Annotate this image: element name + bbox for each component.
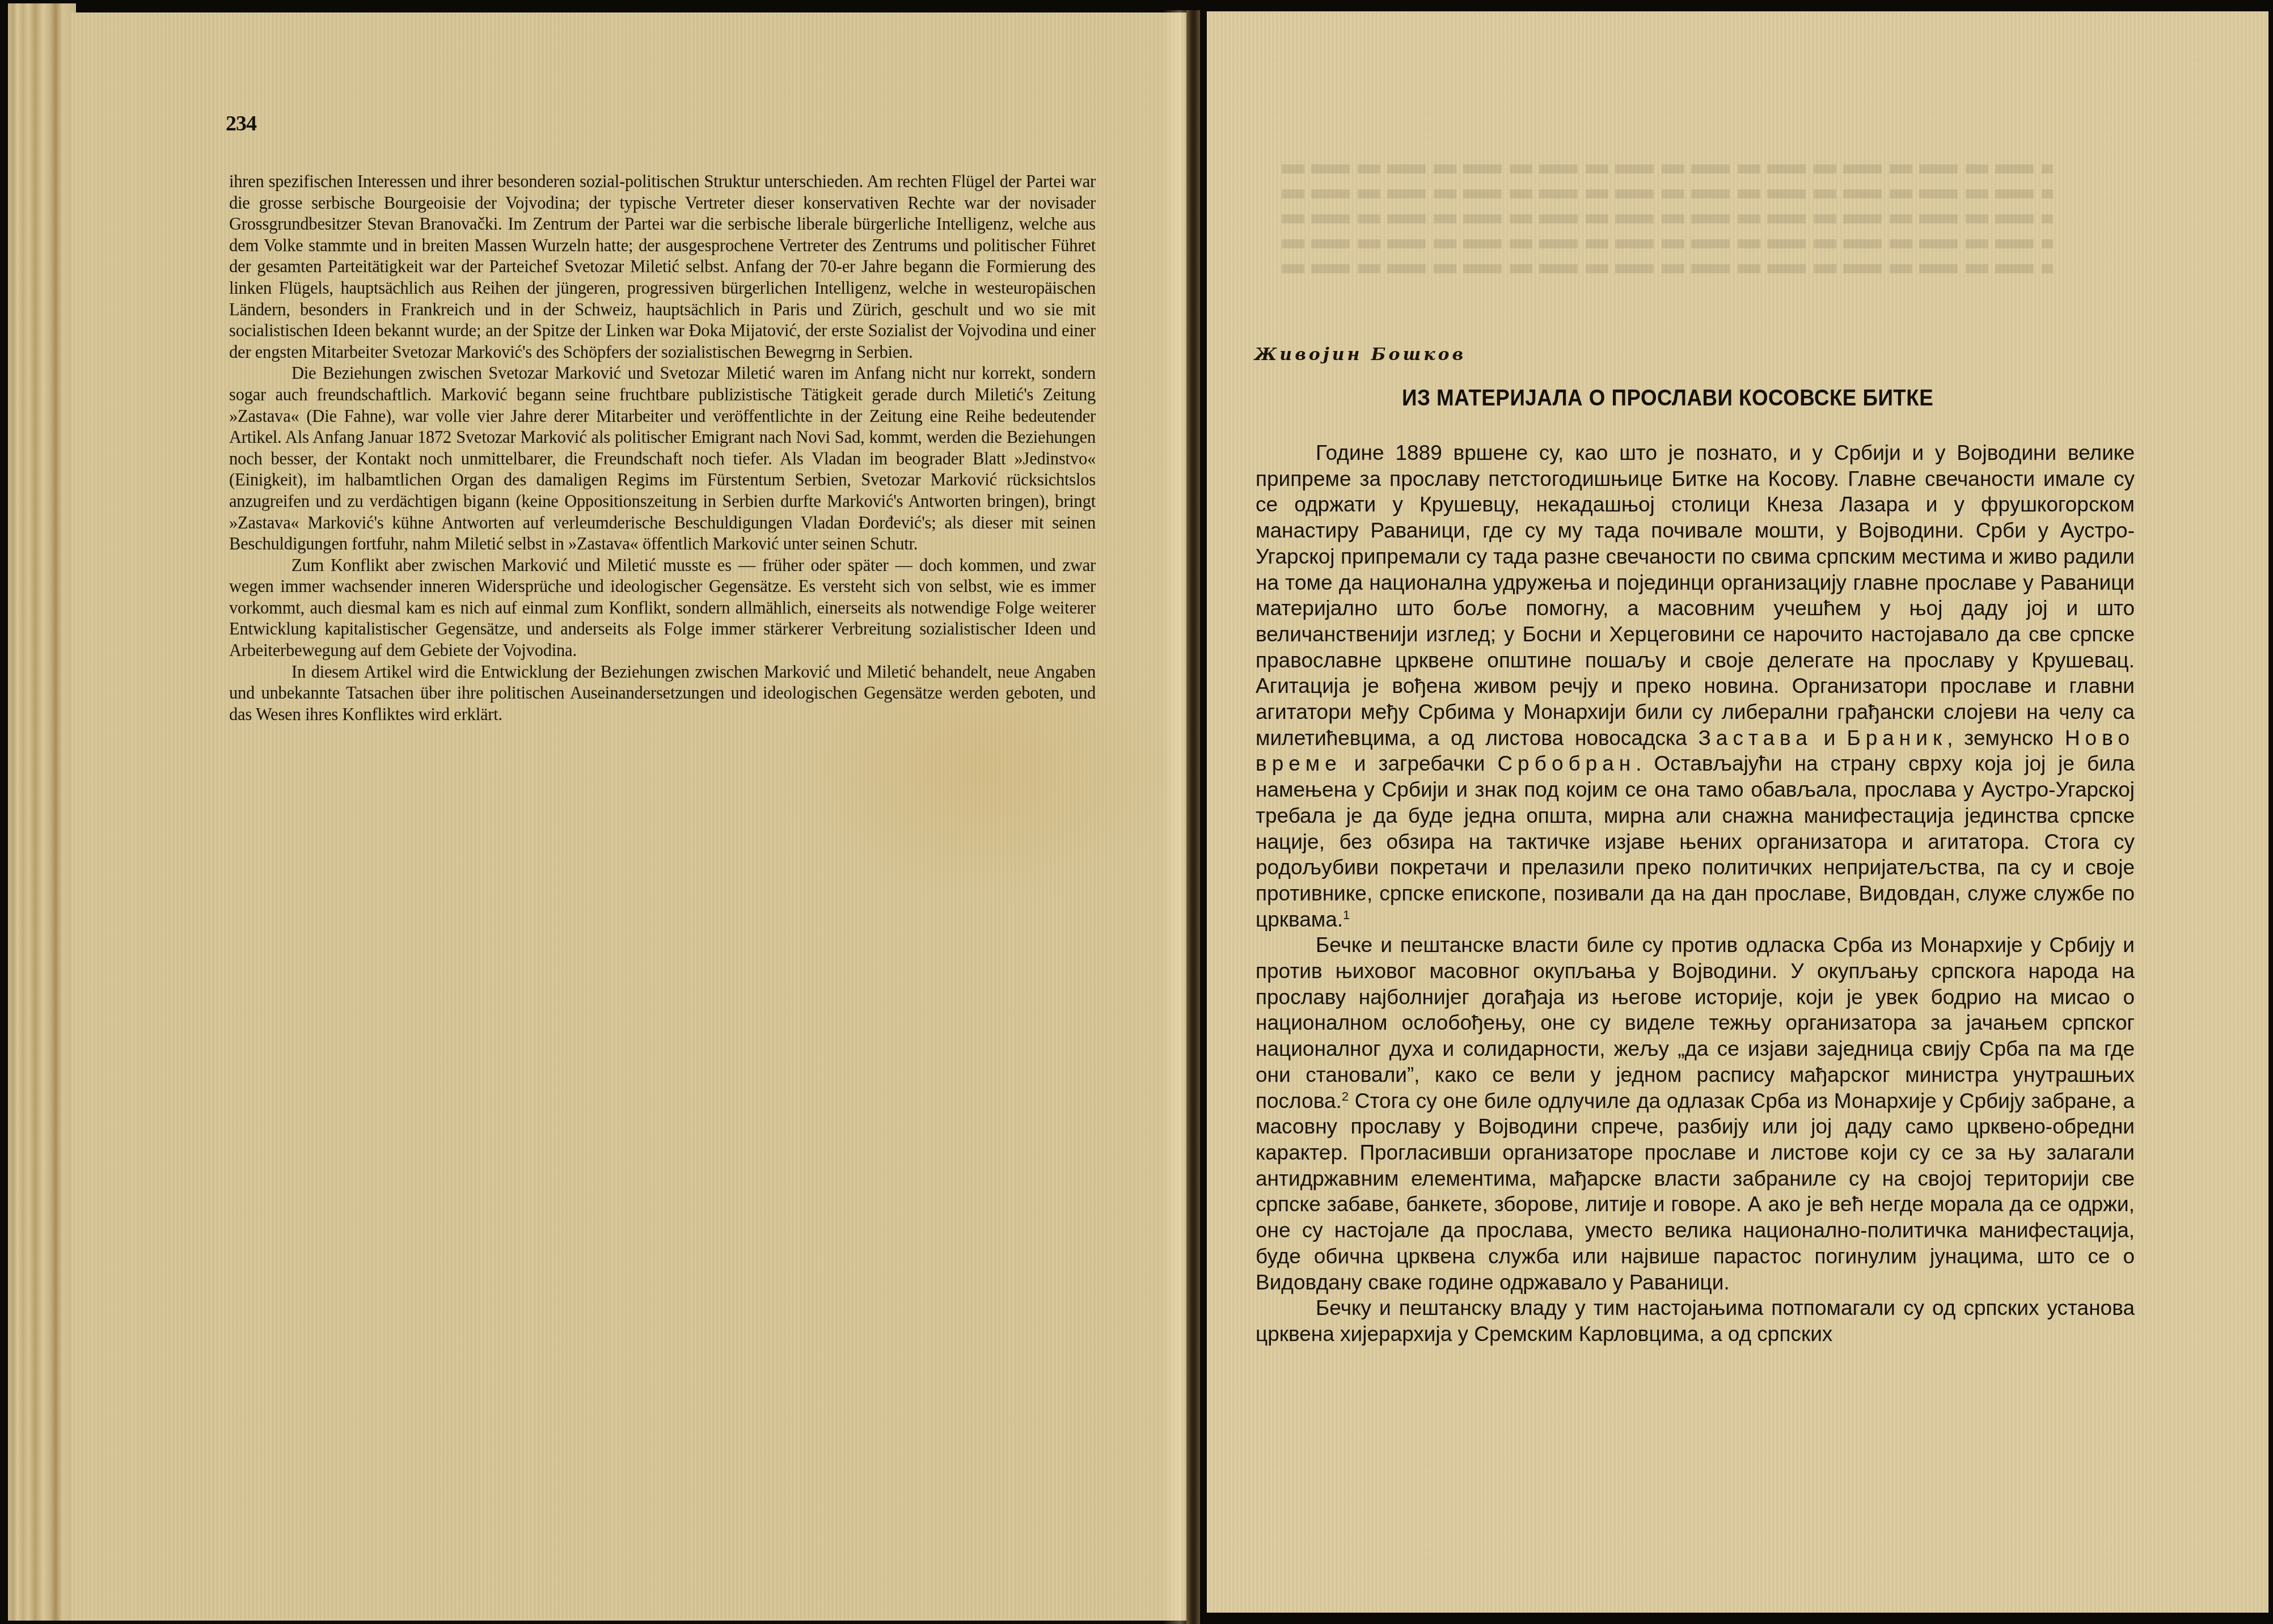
page-edges-stack [8,3,76,1621]
book-spread: 234 ihren spezifischen Interessen und ih… [0,0,2273,1624]
gutter-highlight [1163,10,1188,1624]
footnote-marker[interactable]: 1 [1343,907,1350,921]
text-run: и [1813,726,1847,750]
text-run: Године 1889 вршене су, као што је познат… [1256,441,2135,750]
newspaper-name: Србобран [1497,752,1636,775]
book-gutter [1186,10,1200,1624]
summary-paragraph: In diesem Artikel wird die Entwicklung d… [229,662,1096,726]
newspaper-name: Браник [1847,726,1947,750]
text-run: Бечке и пештанске власти биле су против … [1256,933,2135,1112]
text-run: . Остављајући на страну сврху која јој ј… [1256,752,2135,931]
page-number: 234 [226,111,256,136]
show-through-text [1282,164,2053,306]
article-body: Године 1889 вршене су, као што је познат… [1256,440,2135,1347]
summary-paragraph: Zum Konflikt aber zwischen Marković und … [229,555,1096,662]
article-title: ИЗ МАТЕРИЈАЛА О ПРОСЛАВИ КОСОВСКЕ БИТКЕ [1402,386,1933,411]
text-run: Стога су оне биле одлучиле да одлазак Ср… [1256,1089,2135,1294]
text-run: и загребачки [1342,752,1498,775]
newspaper-name: Застава [1699,726,1813,750]
footnote-marker[interactable]: 2 [1342,1089,1349,1103]
body-paragraph: Бечке и пештанске власти биле су против … [1256,932,2135,1295]
summary-paragraph: Die Beziehungen zwischen Svetozar Markov… [229,363,1096,555]
body-paragraph: Бечку и пештанску владу у тим настојањим… [1256,1295,2135,1347]
text-run: , земунско [1947,726,2065,750]
german-summary: ihren spezifischen Interessen und ihrer … [229,171,1096,725]
body-paragraph: Године 1889 вршене су, као што је познат… [1256,440,2135,932]
article-author: Живојин Бошков [1254,345,1466,365]
summary-paragraph: ihren spezifischen Interessen und ihrer … [229,171,1096,363]
